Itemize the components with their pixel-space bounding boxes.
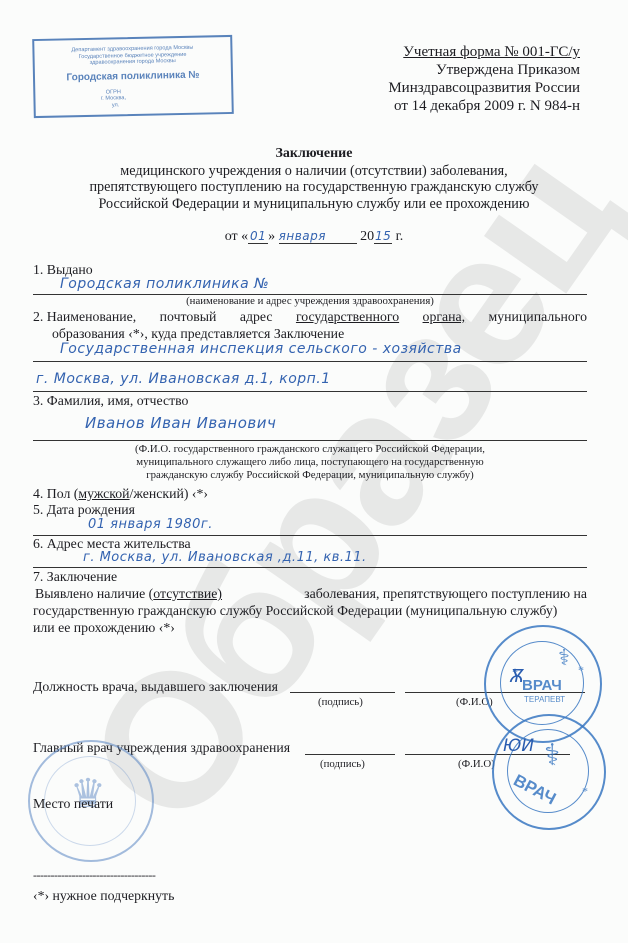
footnote-text: ‹*› нужное подчеркнуть [33,888,174,904]
date-suffix: г. [396,229,404,244]
chief-signature-line[interactable] [305,754,395,755]
title-heading: Заключение [40,146,588,163]
doctor-signature: Ѫ [510,666,524,687]
item-7-text-line-1: Выявлено наличие (отсутствие) заболевани… [35,586,587,602]
medical-certificate-form: Департамент здравоохранения города Москв… [0,0,628,943]
star-icon: * [578,663,584,678]
item-2-label-line-1: 2. Наименование, почтовый адрес государс… [33,309,587,325]
date-prefix: от « [225,229,248,244]
issue-date: от «01» января 2015 г. [40,229,588,245]
item-1-caption: (наименование и адрес учреждения здравоо… [33,295,587,308]
star-icon: * [582,784,588,799]
item-7-absence-underlined[interactable]: отсутствие) [153,586,222,601]
item-7-text-line-3: или ее прохождению ‹*› [33,620,175,636]
item-3-caption-line-2: муниципального служащего либо лица, пост… [33,456,587,469]
item-3-label: 3. Фамилия, имя, отчество [33,393,188,409]
item-3-caption: (Ф.И.О. государственного гражданского сл… [33,443,587,482]
item-5-label: 5. Дата рождения [33,502,135,518]
date-day-field[interactable]: 01 [248,229,268,244]
item-2-word-postal: почтовый [160,309,217,325]
item-2-underline-1 [33,361,587,362]
item-3-caption-line-3: гражданскую службу Российской Федерации,… [33,469,587,482]
item-2-word-name: 2. Наименование, [33,309,136,325]
item-6-residence-address[interactable]: г. Москва, ул. Ивановская ,д.11, кв.11. [83,550,367,565]
doctor-signature-caption: (подпись) [318,696,363,709]
item-7-text-end: заболевания, препятствующего поступлению… [304,586,587,602]
item-2-value-line-2[interactable]: г. Москва, ул. Ивановская д.1, корп.1 [36,371,331,387]
clinic-stamp: Департамент здравоохранения города Москв… [32,35,234,118]
item-2-word-body-underlined: органа, [423,309,466,325]
item-3-caption-line-1: (Ф.И.О. государственного гражданского сл… [33,443,587,456]
form-header: Учетная форма № 001-ГС/у Утверждена Прик… [388,43,580,115]
caduceus-icon: ⚕ [544,738,560,773]
item-3-underline [33,440,587,441]
item-6-underline [33,567,587,568]
order-line: от 14 декабря 2009 г. N 984-н [388,97,580,115]
chief-fio-caption: (Ф.И.О) [458,758,495,771]
item-4-male-option-underlined[interactable]: мужской [78,486,129,501]
doctor-signature-line[interactable] [290,692,395,693]
item-3-full-name[interactable]: Иванов Иван Иванович [85,414,276,432]
doctor-position-label: Должность врача, выдавшего заключения [33,679,278,695]
item-2-label-line-2: образования ‹*›, куда представляется Зак… [52,326,344,342]
item-4-prefix: 4. Пол ( [33,486,78,501]
ministry-line: Минздравсоцразвития России [388,79,580,97]
date-year-field[interactable]: 15 [374,229,392,244]
item-2-underline-2 [33,391,587,392]
chief-signature-caption: (подпись) [320,758,365,771]
footnote-separator: ----------------------------------- [33,868,155,883]
date-mid: » [268,229,275,244]
caduceus-icon: ⚕ [558,645,570,671]
item-2-word-state-underlined: государственного [296,309,399,325]
title-line-3: Российской Федерации и муниципальную слу… [40,196,588,213]
doctor-stamp-specialty: ТЕРАПЕВТ [524,695,565,704]
seal-place-label: Место печати [33,796,113,812]
item-7-text-start: Выявлено наличие ( [35,586,153,601]
doctor-stamp-title: ВРАЧ [522,677,562,694]
approval-line: Утверждена Приказом [388,61,580,79]
chief-doctor-signature: ЮИ [503,736,534,756]
title-line-2: препятствующего поступлению на государст… [40,179,588,196]
item-5-birth-date[interactable]: 01 января 1980г. [88,517,213,532]
chief-doctor-stamp: ⚕ * ВРАЧ [492,714,606,830]
item-2-word-address: адрес [240,309,273,325]
title-line-1: медицинского учреждения о наличии (отсут… [40,163,588,180]
form-code: Учетная форма № 001-ГС/у [388,43,580,61]
date-century: 20 [360,229,374,244]
date-month-field[interactable]: января [279,229,357,244]
item-2-word-municipal: муниципального [489,309,587,325]
item-1-value[interactable]: Городская поликлиника № [60,276,269,292]
item-4-female-option[interactable]: /женский) ‹*› [130,486,208,501]
item-7-label: 7. Заключение [33,569,117,585]
document-title: Заключение медицинского учреждения о нал… [40,146,588,212]
item-2-value-line-1[interactable]: Государственная инспекция сельского - хо… [60,341,462,357]
stamp-clinic-name: Городская поликлиника № [35,68,231,83]
item-4-gender: 4. Пол (мужской/женский) ‹*› [33,486,208,502]
item-7-text-line-2: государственную гражданскую службу Росси… [33,603,587,619]
